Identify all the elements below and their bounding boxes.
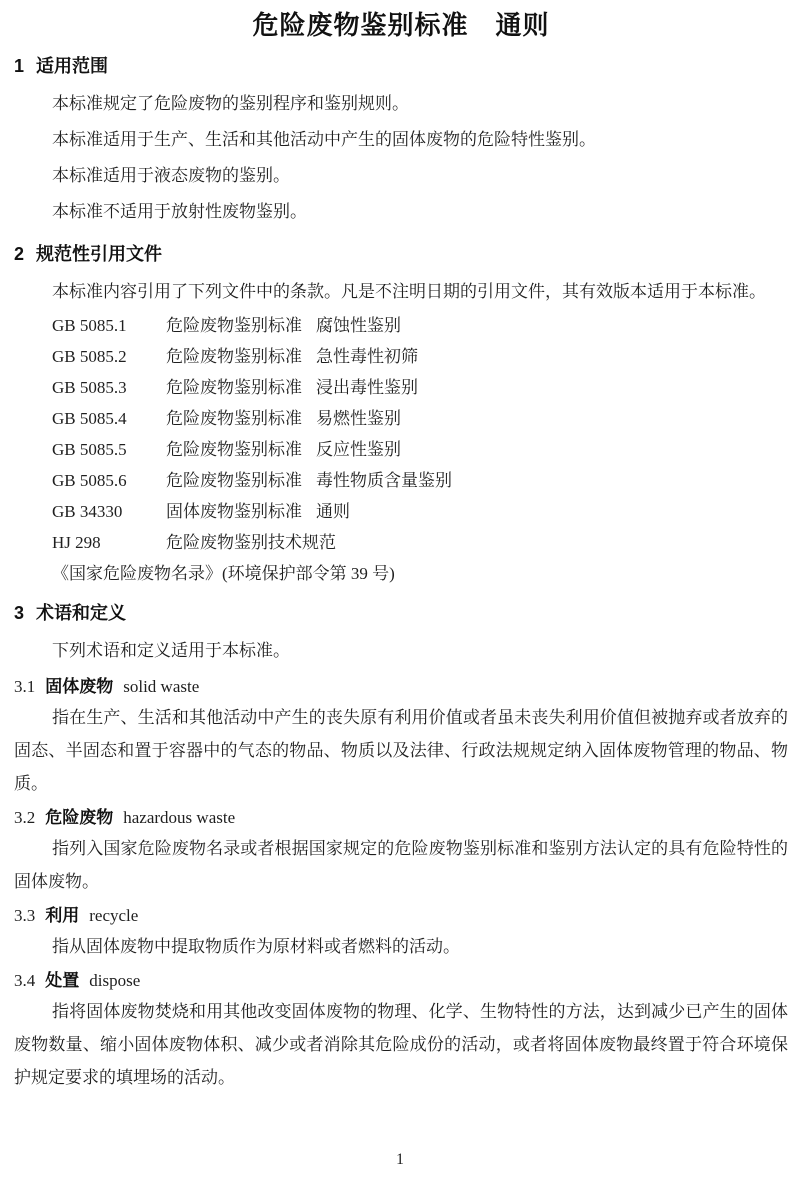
section-3-heading: 3术语和定义: [14, 601, 788, 625]
term-name-zh: 处置: [45, 971, 79, 990]
term-heading-3-3: 3.3利用recycle: [14, 904, 788, 928]
reference-title: 危险废物鉴别标准: [166, 341, 302, 372]
paragraph: 本标准规定了危险废物的鉴别程序和鉴别规则。: [14, 86, 788, 122]
term-definition: 指从固体废物中提取物质作为原材料或者燃料的活动。: [14, 930, 788, 963]
term-number: 3.3: [14, 906, 35, 925]
term-heading-3-1: 3.1固体废物solid waste: [14, 675, 788, 699]
document-page: 危险废物鉴别标准 通则 1适用范围 本标准规定了危险废物的鉴别程序和鉴别规则。 …: [0, 0, 800, 1187]
reference-code: HJ 298: [52, 527, 166, 558]
section-number: 3: [14, 603, 24, 623]
section-title: 适用范围: [36, 56, 108, 76]
reference-subtitle: 浸出毒性鉴别: [316, 372, 418, 403]
reference-title: 危险废物鉴别标准: [166, 434, 302, 465]
term-name-zh: 固体废物: [45, 677, 113, 696]
paragraph: 本标准不适用于放射性废物鉴别。: [14, 194, 788, 230]
reference-row: GB 34330 固体废物鉴别标准 通则: [14, 496, 788, 527]
reference-title: 危险废物鉴别技术规范: [166, 527, 336, 558]
term-definition: 指在生产、生活和其他活动中产生的丧失原有利用价值或者虽未丧失利用价值但被抛弃或者…: [14, 701, 788, 800]
term-name-en: solid waste: [123, 677, 199, 696]
reference-code: GB 5085.3: [52, 372, 166, 403]
reference-subtitle: 毒性物质含量鉴别: [316, 465, 452, 496]
section-title: 规范性引用文件: [36, 244, 162, 264]
term-name-en: recycle: [89, 906, 138, 925]
reference-subtitle: 腐蚀性鉴别: [316, 310, 401, 341]
reference-code: GB 34330: [52, 496, 166, 527]
section-number: 2: [14, 244, 24, 264]
paragraph: 本标准适用于生产、生活和其他活动中产生的固体废物的危险特性鉴别。: [14, 122, 788, 158]
references-list: GB 5085.1 危险废物鉴别标准 腐蚀性鉴别 GB 5085.2 危险废物鉴…: [14, 310, 788, 558]
reference-code: GB 5085.4: [52, 403, 166, 434]
term-number: 3.2: [14, 808, 35, 827]
page-title: 危险废物鉴别标准 通则: [14, 8, 788, 42]
paragraph: 本标准内容引用了下列文件中的条款。凡是不注明日期的引用文件，其有效版本适用于本标…: [14, 274, 788, 310]
reference-row: HJ 298 危险废物鉴别技术规范: [14, 527, 788, 558]
reference-code: GB 5085.2: [52, 341, 166, 372]
paragraph: 本标准适用于液态废物的鉴别。: [14, 158, 788, 194]
reference-row: GB 5085.6 危险废物鉴别标准 毒性物质含量鉴别: [14, 465, 788, 496]
term-name-en: dispose: [89, 971, 140, 990]
section-2-heading: 2规范性引用文件: [14, 242, 788, 266]
term-name-en: hazardous waste: [123, 808, 235, 827]
term-name-zh: 利用: [45, 906, 79, 925]
term-name-zh: 危险废物: [45, 808, 113, 827]
section-number: 1: [14, 56, 24, 76]
section-title: 术语和定义: [36, 603, 126, 623]
reference-subtitle: 急性毒性初筛: [316, 341, 418, 372]
reference-title: 危险废物鉴别标准: [166, 372, 302, 403]
reference-code: GB 5085.1: [52, 310, 166, 341]
reference-title: 危险废物鉴别标准: [166, 310, 302, 341]
term-definition: 指列入国家危险废物名录或者根据国家规定的危险废物鉴别标准和鉴别方法认定的具有危险…: [14, 832, 788, 898]
reference-code: GB 5085.6: [52, 465, 166, 496]
term-heading-3-2: 3.2危险废物hazardous waste: [14, 806, 788, 830]
reference-title: 危险废物鉴别标准: [166, 403, 302, 434]
term-definition: 指将固体废物焚烧和用其他改变固体废物的物理、化学、生物特性的方法，达到减少已产生…: [14, 995, 788, 1094]
reference-row: GB 5085.5 危险废物鉴别标准 反应性鉴别: [14, 434, 788, 465]
paragraph: 下列术语和定义适用于本标准。: [14, 633, 788, 669]
reference-code: GB 5085.5: [52, 434, 166, 465]
term-number: 3.4: [14, 971, 35, 990]
term-heading-3-4: 3.4处置dispose: [14, 969, 788, 993]
reference-row: GB 5085.4 危险废物鉴别标准 易燃性鉴别: [14, 403, 788, 434]
reference-subtitle: 反应性鉴别: [316, 434, 401, 465]
reference-subtitle: 通则: [316, 496, 350, 527]
reference-subtitle: 易燃性鉴别: [316, 403, 401, 434]
page-number: 1: [0, 1151, 800, 1169]
reference-row: GB 5085.1 危险废物鉴别标准 腐蚀性鉴别: [14, 310, 788, 341]
term-number: 3.1: [14, 677, 35, 696]
reference-title: 危险废物鉴别标准: [166, 465, 302, 496]
section-1-heading: 1适用范围: [14, 54, 788, 78]
reference-row: GB 5085.2 危险废物鉴别标准 急性毒性初筛: [14, 341, 788, 372]
catalog-line: 《国家危险废物名录》(环境保护部令第 39 号): [14, 558, 788, 589]
reference-title: 固体废物鉴别标准: [166, 496, 302, 527]
reference-row: GB 5085.3 危险废物鉴别标准 浸出毒性鉴别: [14, 372, 788, 403]
